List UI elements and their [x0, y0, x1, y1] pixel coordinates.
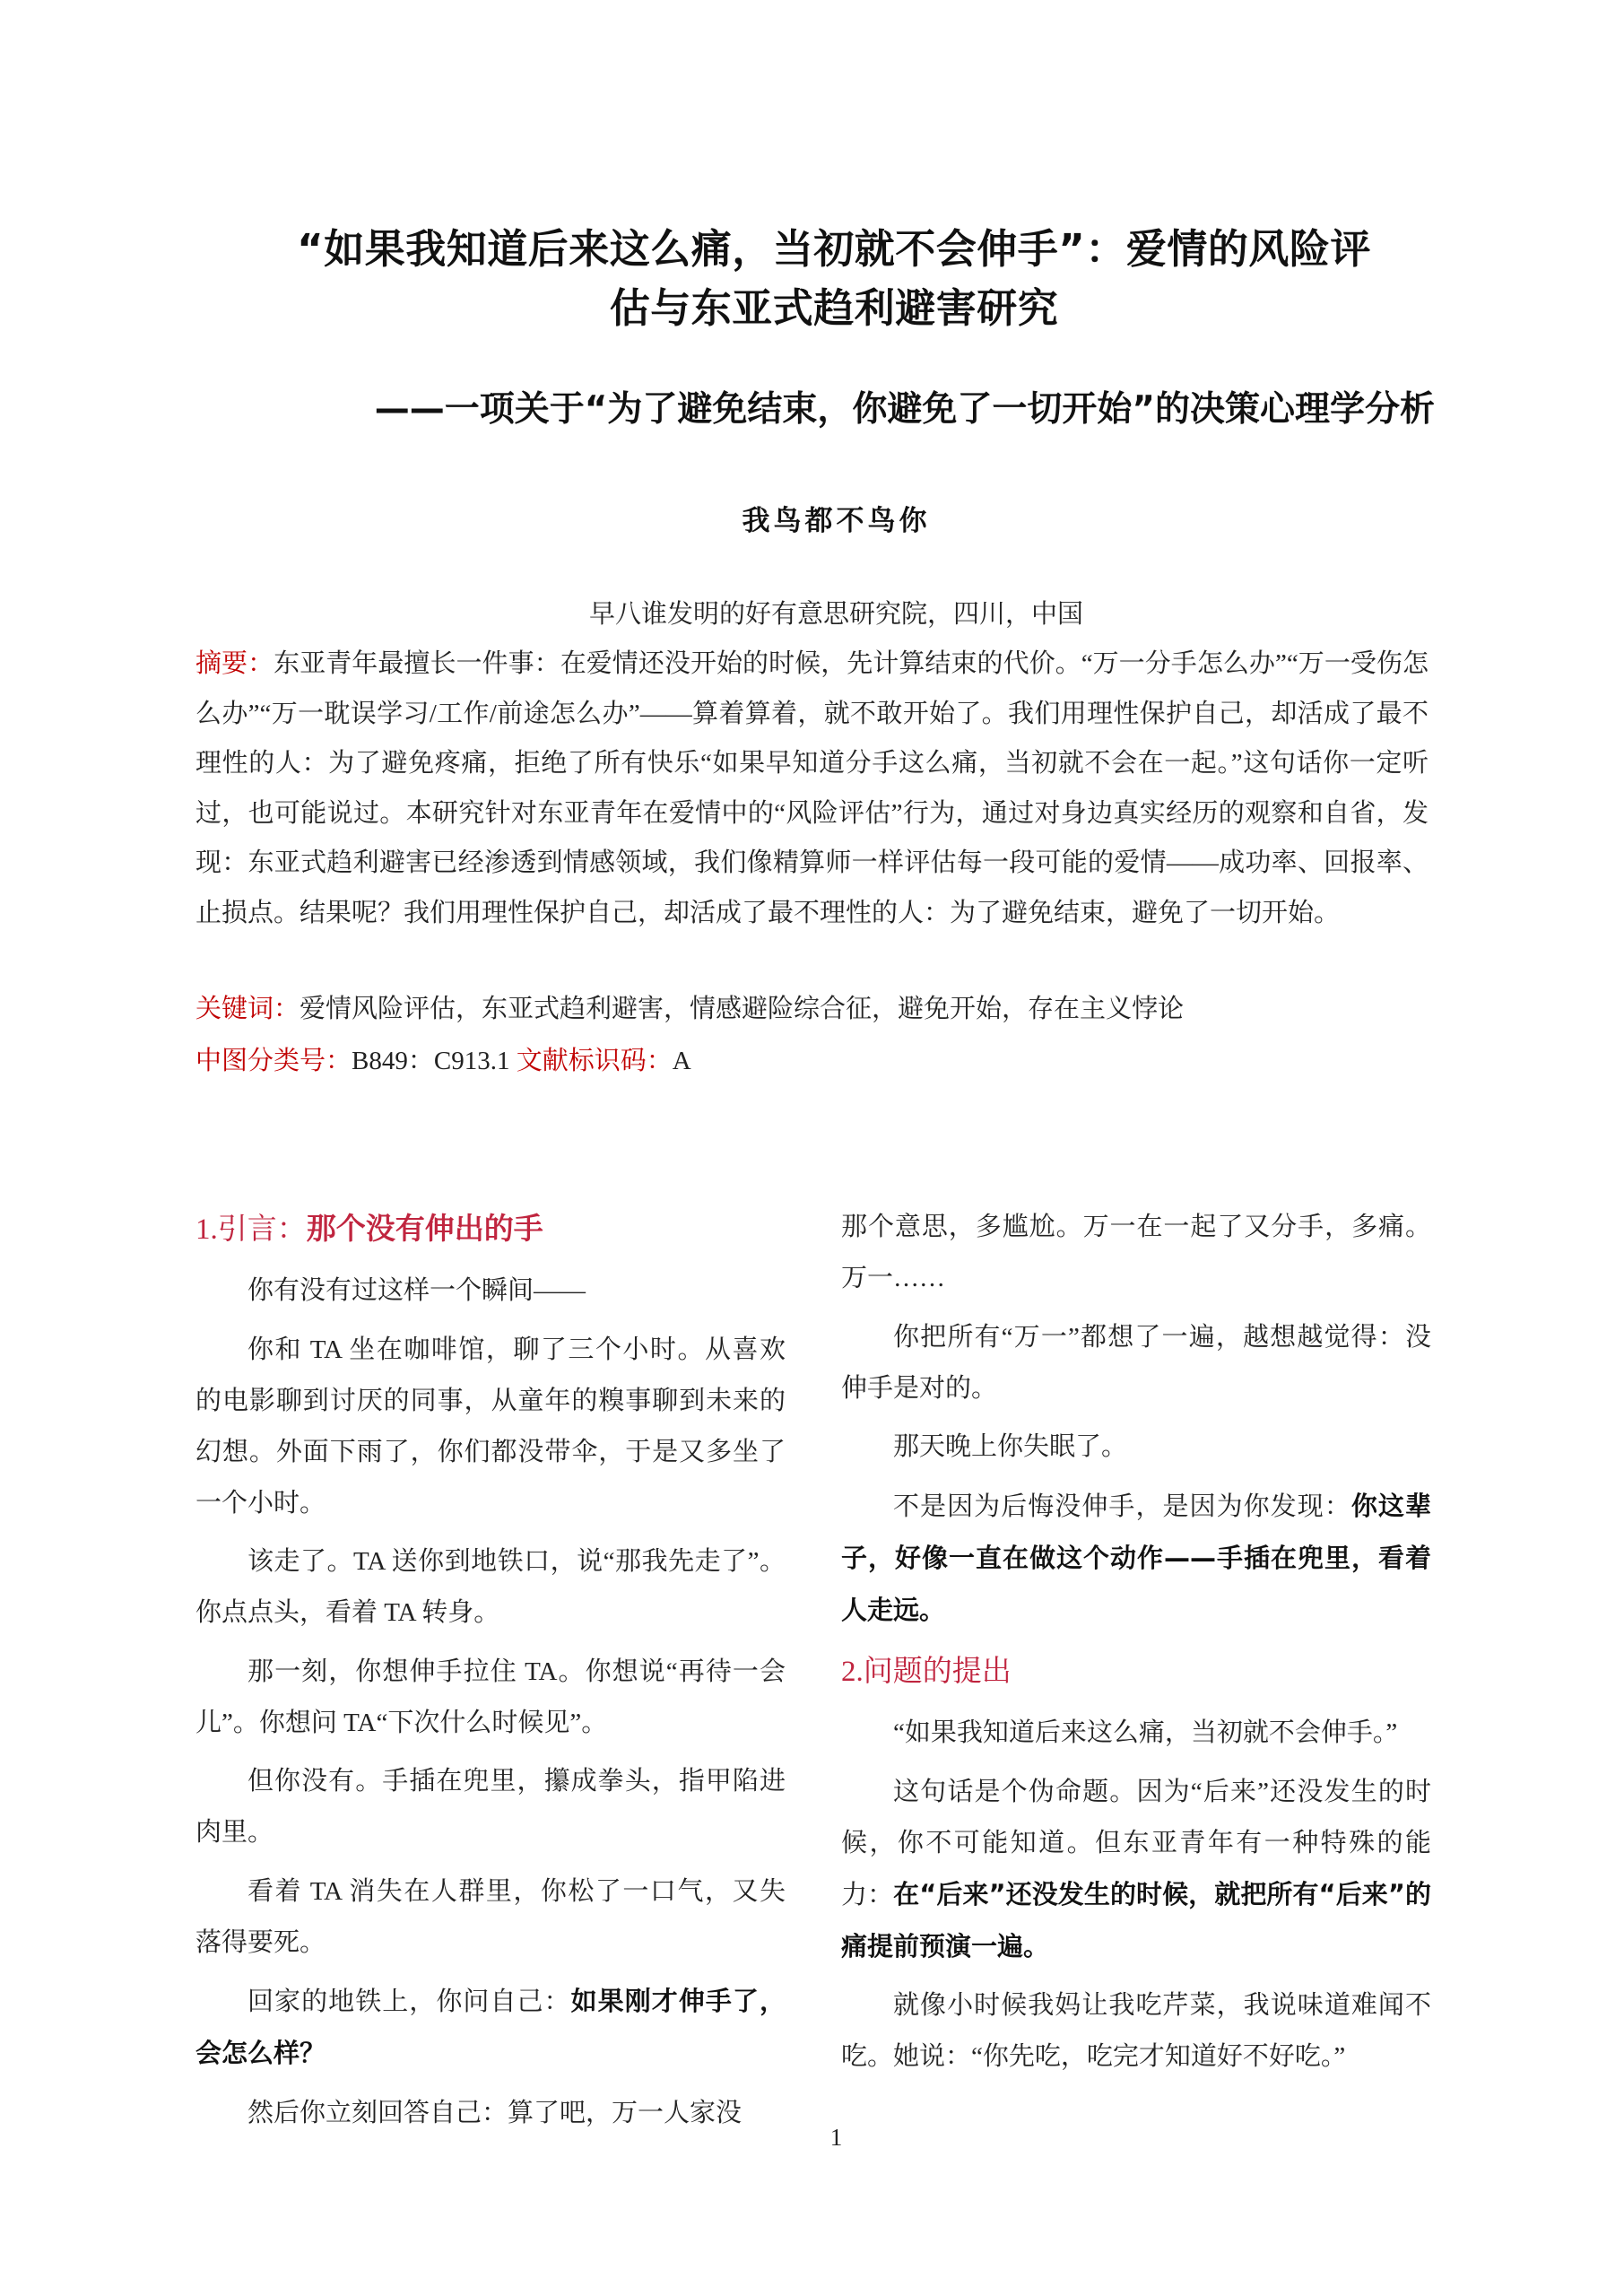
clc-label: 中图分类号：: [195, 1045, 352, 1075]
abstract-label: 摘要：: [195, 648, 274, 678]
paragraph: 这句话是个伪命题。因为“后来”还没发生的时候，你不可能知道。但东亚青年有一种特殊…: [841, 1767, 1431, 1973]
keywords: 关键词：爱情风险评估，东亚式趋利避害，情感避险综合征，避免开始，存在主义悖论: [195, 988, 1429, 1025]
page-number: 1: [0, 2124, 1624, 2152]
paragraph-text: 不是因为后悔没伸手，是因为你发现：: [893, 1492, 1351, 1521]
section-prefix: 引言：: [218, 1211, 307, 1246]
paragraph: “如果我知道后来这么痛，当初就不会伸手。”: [841, 1708, 1431, 1759]
author-name: 我鸟都不鸟你: [0, 498, 1624, 538]
paragraph: 那一刻，你想伸手拉住 TA。你想说“再待一会儿”。你想问 TA“下次什么时候见”…: [195, 1647, 786, 1749]
paragraph: 就像小时候我妈让我吃芹菜，我说味道难闻不吃。她说：“你先吃，吃完才知道好不好吃。…: [841, 1980, 1431, 2083]
doc-code-label: 文献标识码：: [517, 1045, 673, 1075]
section-number: 1.: [195, 1213, 218, 1246]
paper-title: “如果我知道后来这么痛，当初就不会伸手”：爱情的风险评 估与东亚式趋利避害研究: [224, 220, 1444, 338]
abstract-text: 东亚青年最擅长一件事：在爱情还没开始的时候，先计算结束的代价。“万一分手怎么办”…: [195, 649, 1429, 927]
right-column: 那个意思，多尴尬。万一在一起了又分手，多痛。万一…… 你把所有“万一”都想了一遍…: [841, 1202, 1431, 2091]
paragraph: 回家的地铁上，你问自己：如果刚才伸手了，会怎么样？: [195, 1976, 786, 2080]
paragraph: 该走了。TA 送你到地铁口，说“那我先走了”。你点点头，看着 TA 转身。: [195, 1536, 786, 1639]
section-heading-1: 1.引言：那个没有伸出的手: [195, 1202, 786, 1257]
paper-title-line2: 估与东亚式趋利避害研究: [224, 279, 1444, 338]
keywords-label: 关键词：: [195, 993, 300, 1023]
keywords-text: 爱情风险评估，东亚式趋利避害，情感避险综合征，避免开始，存在主义悖论: [300, 995, 1184, 1023]
abstract: 摘要：东亚青年最擅长一件事：在爱情还没开始的时候，先计算结束的代价。“万一分手怎…: [195, 639, 1429, 938]
section-heading-2: 2.问题的提出: [841, 1644, 1431, 1699]
paragraph: 你把所有“万一”都想了一遍，越想越觉得：没伸手是对的。: [841, 1312, 1431, 1414]
paragraph-continued: 那个意思，多尴尬。万一在一起了又分手，多痛。万一……: [841, 1202, 1431, 1304]
section-title: 那个没有伸出的手: [307, 1211, 543, 1246]
section-number: 2.: [841, 1656, 864, 1688]
emphasis-text: 在“后来”还没发生的时候，就把所有“后来”的痛提前预演一遍。: [841, 1879, 1431, 1961]
paper-subtitle: ——一项关于“为了避免结束，你避免了一切开始”的决策心理学分析: [233, 381, 1435, 431]
doc-code-value: A: [673, 1047, 691, 1075]
paragraph: 但你没有。手插在兜里，攥成拳头，指甲陷进肉里。: [195, 1756, 786, 1858]
paragraph: 你有没有过这样一个瞬间——: [195, 1265, 786, 1317]
paragraph: 你和 TA 坐在咖啡馆，聊了三个小时。从喜欢的电影聊到讨厌的同事，从童年的糗事聊…: [195, 1325, 786, 1529]
paragraph: 那天晚上你失眠了。: [841, 1422, 1431, 1473]
paragraph: 看着 TA 消失在人群里，你松了一口气，又失落得要死。: [195, 1866, 786, 1969]
left-column: 1.引言：那个没有伸出的手 你有没有过这样一个瞬间—— 你和 TA 坐在咖啡馆，…: [195, 1202, 786, 2146]
paragraph-text: 回家的地铁上，你问自己：: [248, 1987, 571, 2016]
affiliation: 早八谁发明的好有意思研究院，四川，中国: [0, 594, 1624, 631]
section-title: 问题的提出: [864, 1653, 1012, 1688]
clc-value: B849：C913.1: [352, 1047, 509, 1075]
paper-title-line1: “如果我知道后来这么痛，当初就不会伸手”：爱情的风险评: [224, 220, 1444, 279]
classification: 中图分类号：B849：C913.1 文献标识码：A: [195, 1040, 1429, 1077]
paragraph: 不是因为后悔没伸手，是因为你发现：你这辈子，好像一直在做这个动作——手插在兜里，…: [841, 1481, 1431, 1637]
